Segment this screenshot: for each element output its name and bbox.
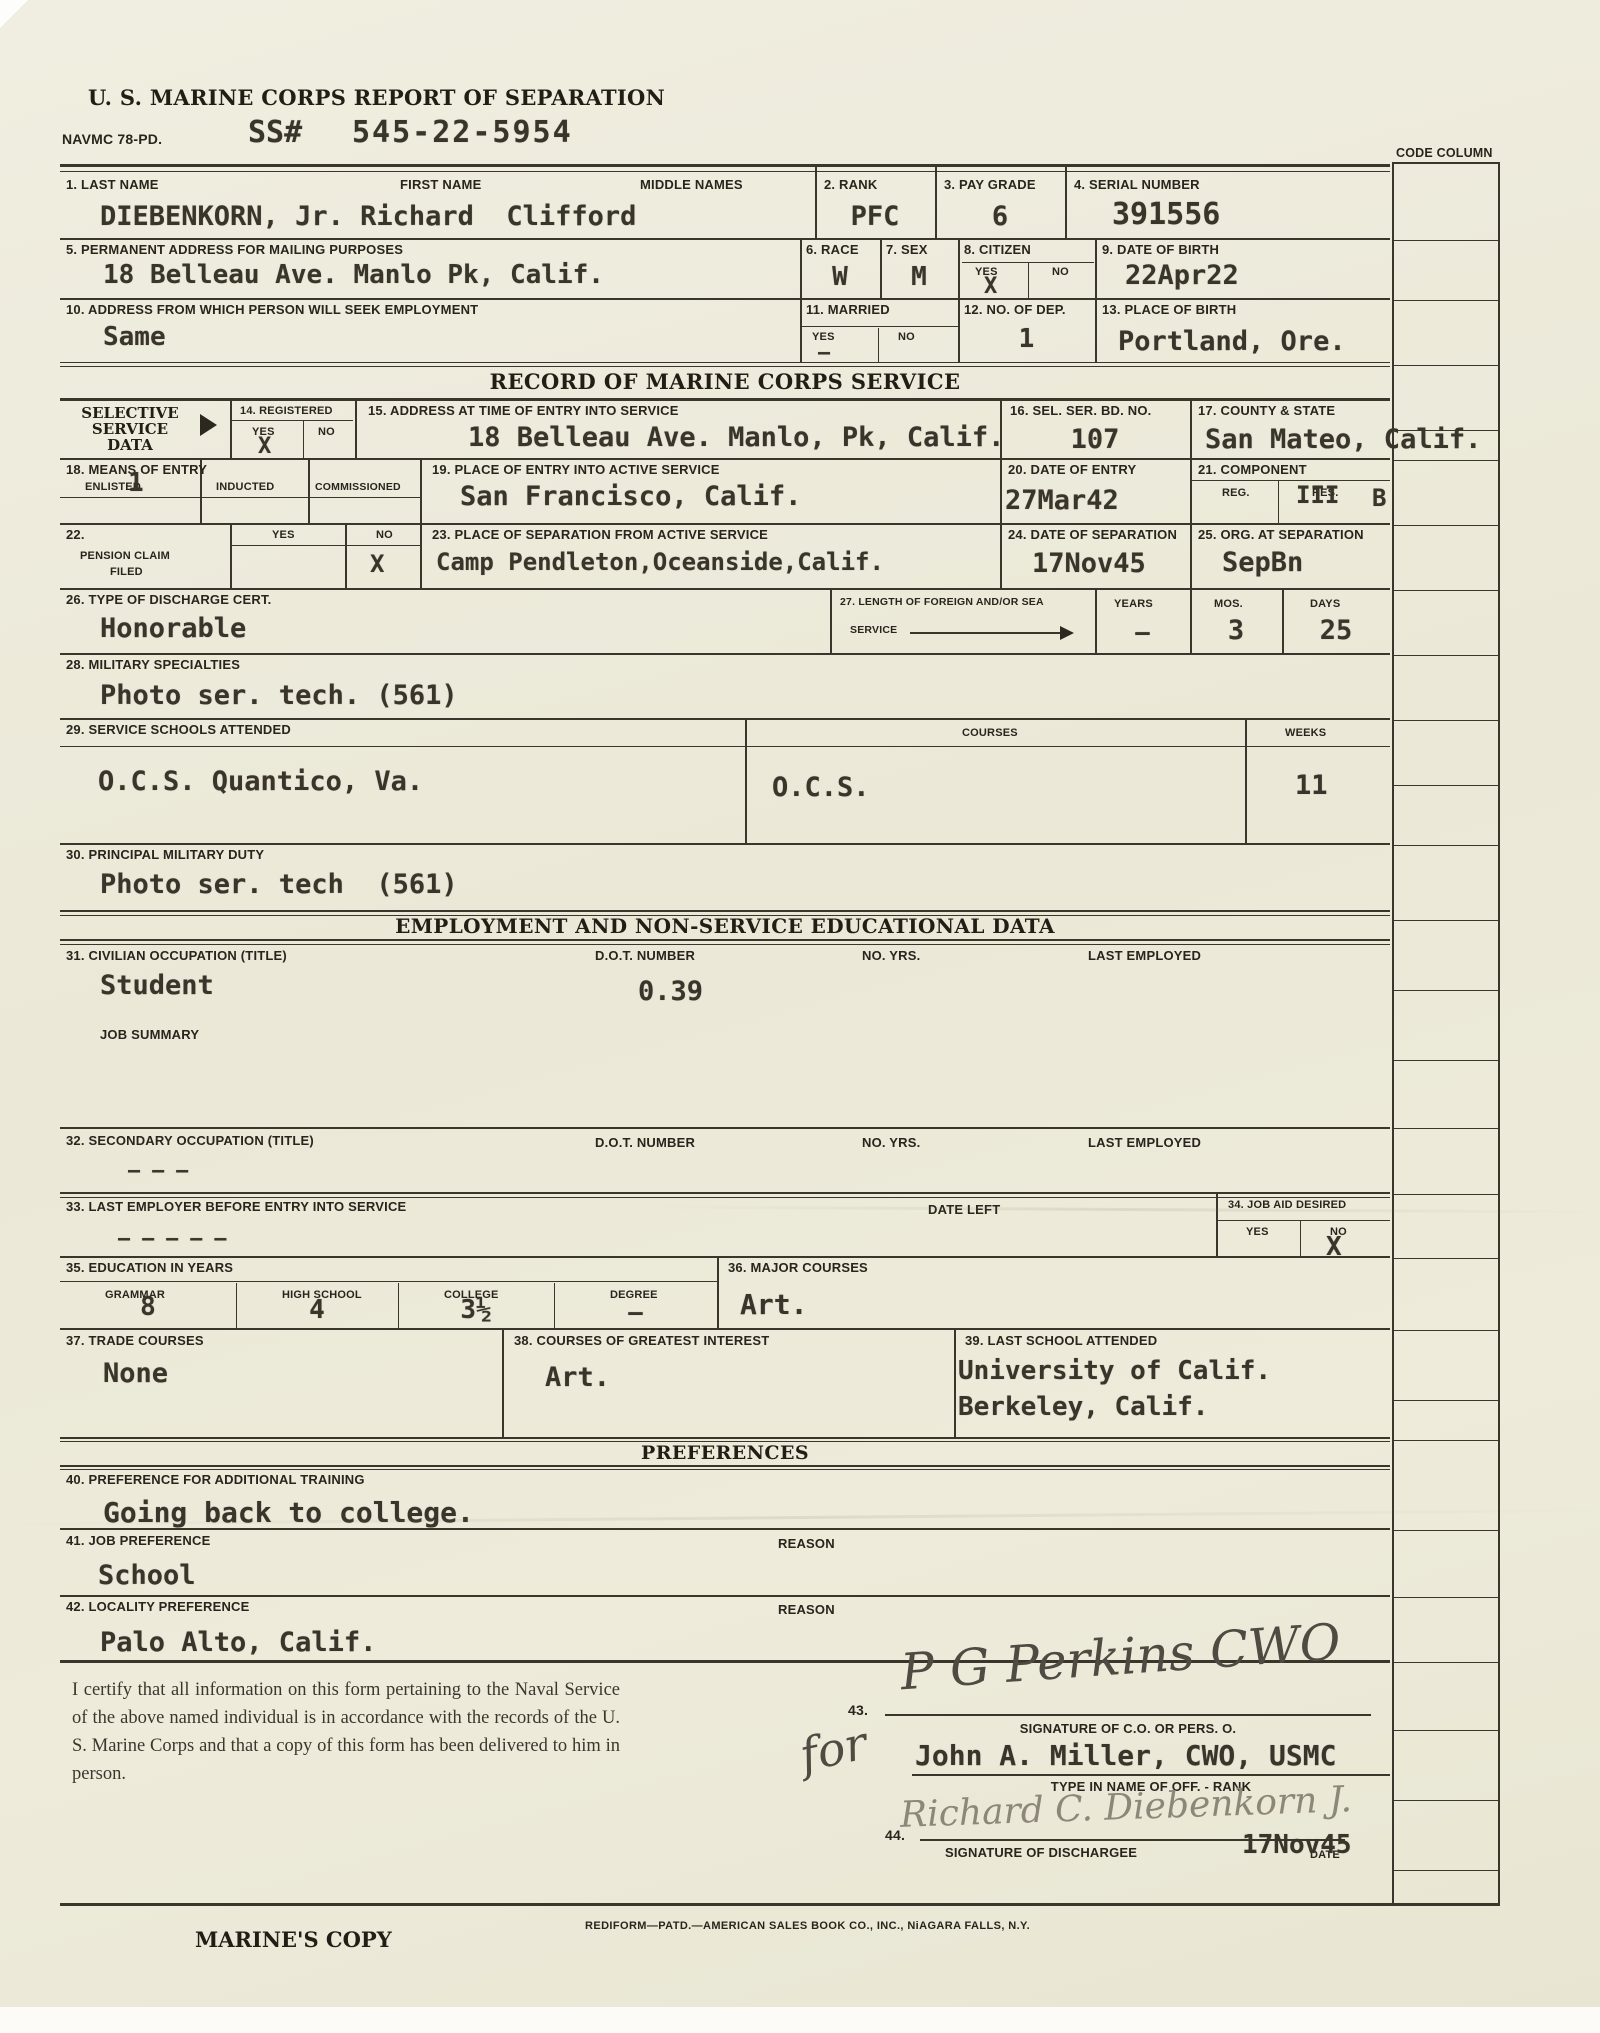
pension-yes-label: YES [272, 529, 295, 542]
job-aid-no-mark: X [1326, 1234, 1342, 1260]
divider [60, 1437, 1390, 1439]
selective-arrow-icon [200, 414, 217, 436]
divider [60, 1328, 1390, 1330]
entry-address-value: 18 Belleau Ave. Manlo, Pk, Calif. [468, 424, 1004, 451]
locality-preference-value: Palo Alto, Calif. [100, 1629, 376, 1656]
pay-grade-value: 6 [935, 203, 1065, 230]
divider [1245, 720, 1247, 843]
item-44-number: 44. [885, 1827, 905, 1843]
divider [60, 944, 1390, 945]
scan-edge [0, 2007, 1600, 2033]
trade-courses-label: 37. TRADE COURSES [66, 1334, 204, 1349]
divider [1392, 460, 1500, 461]
pension-no-mark: X [370, 552, 384, 576]
divider [355, 400, 357, 458]
registered-no-label: NO [318, 426, 335, 439]
married-no-label: NO [898, 331, 915, 344]
last-employed-label: LAST EMPLOYED [1088, 949, 1201, 964]
dot-number-value: 0.39 [638, 978, 703, 1005]
component-label: 21. COMPONENT [1198, 463, 1307, 478]
date-of-separation-label: 24. DATE OF SEPARATION [1008, 528, 1177, 543]
military-specialties-value: Photo ser. tech. (561) [100, 682, 458, 709]
military-specialties-label: 28. MILITARY SPECIALTIES [66, 658, 240, 673]
pension-no-label: NO [376, 529, 393, 542]
place-of-birth-value: Portland, Ore. [1118, 328, 1346, 355]
divider [60, 1192, 1390, 1194]
component-value: III [1296, 483, 1339, 507]
selective-line3: DATA [60, 437, 200, 454]
divider [60, 1281, 717, 1282]
ssn-label: SS# [248, 118, 302, 148]
divider [1392, 785, 1500, 786]
section-preferences: PREFERENCES [60, 1444, 1390, 1463]
divider [800, 240, 802, 362]
place-of-entry-label: 19. PLACE OF ENTRY INTO ACTIVE SERVICE [432, 463, 720, 478]
additional-training-label: 40. PREFERENCE FOR ADDITIONAL TRAINING [66, 1473, 365, 1488]
divider [60, 171, 1390, 172]
race-value: W [800, 264, 880, 290]
separation-date-value: 17Nov45 [1242, 1832, 1352, 1858]
discharge-type-label: 26. TYPE OF DISCHARGE CERT. [66, 593, 272, 608]
name-value: DIEBENKORN, Jr. Richard Clifford [100, 203, 636, 230]
divider [1392, 920, 1500, 921]
divider [60, 366, 1390, 367]
pension-filed-label: FILED [110, 566, 143, 579]
college-value: 3½ [398, 1297, 554, 1323]
form-number: NAVMC 78-PD. [62, 131, 162, 147]
locality-preference-label: 42. LOCALITY PREFERENCE [66, 1600, 250, 1615]
org-at-separation-label: 25. ORG. AT SEPARATION [1198, 528, 1364, 543]
divider [60, 1469, 1390, 1470]
sex-value: M [880, 264, 958, 290]
co-signature-handwriting: P G Perkins CWO [899, 1617, 1342, 1698]
divider [1392, 1870, 1500, 1871]
major-courses-label: 36. MAJOR COURSES [728, 1261, 868, 1276]
divider [232, 545, 420, 546]
rank-label: 2. RANK [824, 178, 877, 193]
registered-yes-mark: X [258, 436, 271, 458]
divider [1392, 990, 1500, 991]
dependents-label: 12. NO. OF DEP. [964, 303, 1066, 318]
days-label: DAYS [1310, 598, 1340, 611]
typed-officer-name: John A. Miller, CWO, USMC [915, 1742, 1336, 1770]
service-school-value: O.C.S. Quantico, Va. [98, 768, 423, 795]
divider [60, 910, 1390, 912]
principal-duty-label: 30. PRINCIPAL MILITARY DUTY [66, 848, 264, 863]
foreign-service-label: 27. LENGTH OF FOREIGN AND/OR SEA [840, 596, 1044, 608]
last-school-value-line2: Berkeley, Calif. [958, 1394, 1208, 1420]
code-column-right-rule [1498, 162, 1500, 1904]
divider [308, 460, 310, 523]
civilian-occupation-label: 31. CIVILIAN OCCUPATION (TITLE) [66, 949, 287, 964]
divider [60, 362, 1390, 363]
married-label: 11. MARRIED [806, 303, 890, 318]
divider [1216, 1192, 1218, 1258]
greatest-interest-label: 38. COURSES OF GREATEST INTEREST [514, 1334, 769, 1349]
divider [1392, 1800, 1500, 1801]
component-reg-label: REG. [1222, 487, 1250, 500]
employment-address-value: Same [103, 324, 166, 350]
divider [420, 460, 422, 588]
dischargee-caption: SIGNATURE OF DISCHARGEE [945, 1846, 1137, 1861]
divider [1392, 655, 1500, 656]
pension-number-label: 22. [66, 528, 85, 543]
date-left-label: DATE LEFT [928, 1203, 1000, 1218]
citizen-no-label: NO [1052, 266, 1069, 279]
divider [1392, 845, 1500, 846]
certification-text: I certify that all information on this f… [72, 1676, 620, 1788]
divider [1065, 166, 1067, 238]
grammar-value: 8 [60, 1294, 236, 1320]
commissioned-label: COMMISSIONED [315, 481, 401, 493]
paper-crease [640, 1205, 1600, 1213]
for-handwriting: for [796, 1720, 871, 1779]
foreign-service-arrow-icon [1060, 626, 1074, 640]
major-courses-value: Art. [740, 1291, 807, 1319]
divider [1392, 1128, 1500, 1129]
job-preference-value: School [98, 1562, 196, 1589]
foreign-service-arrow-line [910, 632, 1062, 634]
greatest-interest-value: Art. [545, 1364, 610, 1391]
copy-designation: MARINE'S COPY [195, 1928, 392, 1951]
county-state-value: San Mateo, Calif. [1205, 426, 1481, 453]
divider [1218, 1220, 1390, 1221]
scan-corner [0, 0, 28, 28]
divider [1392, 1530, 1500, 1531]
divider [60, 1903, 1500, 1906]
divider [1392, 1730, 1500, 1731]
section-employment: EMPLOYMENT AND NON-SERVICE EDUCATIONAL D… [60, 916, 1390, 936]
course-value: O.C.S. [772, 774, 870, 801]
high-school-value: 4 [236, 1297, 398, 1323]
co-signature-caption: SIGNATURE OF C.O. OR PERS. O. [885, 1722, 1371, 1737]
county-state-label: 17. COUNTY & STATE [1198, 404, 1335, 419]
code-column-label: CODE COLUMN [1396, 146, 1493, 160]
divider [60, 1595, 1390, 1597]
divider [1392, 1258, 1500, 1259]
job-summary-label: JOB SUMMARY [100, 1028, 199, 1043]
employment-address-label: 10. ADDRESS FROM WHICH PERSON WILL SEEK … [66, 303, 478, 318]
last-school-value-line1: University of Calif. [958, 1358, 1271, 1384]
divider [1392, 240, 1500, 241]
org-at-separation-value: SepBn [1222, 549, 1303, 576]
scanned-separation-form: U. S. MARINE CORPS REPORT OF SEPARATION … [0, 0, 1600, 2033]
enlisted-mark: 1 [128, 470, 144, 496]
divider [1095, 240, 1097, 362]
divider [1392, 1330, 1500, 1331]
divider [60, 843, 1390, 845]
divider [1392, 590, 1500, 591]
divider [745, 720, 747, 843]
divider [60, 1465, 1390, 1467]
form-title: U. S. MARINE CORPS REPORT OF SEPARATION [88, 86, 665, 109]
divider [1190, 400, 1192, 653]
divider [1028, 262, 1029, 298]
divider [60, 1127, 1390, 1129]
divider [1392, 525, 1500, 526]
foreign-service-label2: SERVICE [850, 624, 897, 636]
component-extra-value: B [1372, 486, 1386, 510]
divider [1392, 1597, 1500, 1598]
divider [60, 164, 1390, 167]
first-name-label: FIRST NAME [400, 178, 481, 193]
paper-background: U. S. MARINE CORPS REPORT OF SEPARATION … [0, 0, 1600, 2033]
rank-value: PFC [815, 203, 935, 230]
divider [1392, 1440, 1500, 1441]
divider [60, 653, 1390, 655]
trade-courses-value: None [103, 1360, 168, 1387]
secondary-occupation-label: 32. SECONDARY OCCUPATION (TITLE) [66, 1134, 314, 1149]
divider [60, 939, 1390, 941]
locality-reason-label: REASON [778, 1603, 835, 1618]
married-yes-mark: — [818, 342, 830, 362]
divider [1392, 365, 1500, 366]
serial-number-label: 4. SERIAL NUMBER [1074, 178, 1200, 193]
pension-claim-label: PENSION CLAIM [80, 550, 170, 563]
sex-label: 7. SEX [886, 243, 928, 258]
date-of-entry-value: 27Mar42 [1005, 487, 1119, 514]
divider [1192, 480, 1390, 481]
dot-number-label: D.O.T. NUMBER [595, 949, 695, 964]
place-of-separation-value: Camp Pendleton,Oceanside,Calif. [436, 550, 884, 574]
divider [954, 1328, 956, 1437]
divider [60, 1197, 1390, 1198]
last-school-label: 39. LAST SCHOOL ATTENDED [965, 1334, 1157, 1349]
selective-board-label: 16. SEL. SER. BD. NO. [1010, 404, 1151, 419]
divider [1392, 1662, 1500, 1663]
selective-board-value: 107 [1000, 426, 1190, 453]
job-preference-label: 41. JOB PREFERENCE [66, 1534, 210, 1549]
secondary-yrs-label: NO. YRS. [862, 1136, 920, 1151]
degree-value: — [554, 1300, 717, 1324]
dependents-value: 1 [958, 326, 1095, 352]
divider [345, 525, 347, 588]
inducted-label: INDUCTED [216, 481, 274, 494]
discharge-type-value: Honorable [100, 615, 246, 642]
principal-duty-value: Photo ser. tech (561) [100, 871, 458, 898]
divider [1278, 480, 1279, 523]
years-value: — [1095, 620, 1190, 644]
weeks-label: WEEKS [1285, 727, 1326, 740]
permanent-address-label: 5. PERMANENT ADDRESS FOR MAILING PURPOSE… [66, 243, 403, 258]
entry-address-label: 15. ADDRESS AT TIME OF ENTRY INTO SERVIC… [368, 404, 679, 419]
divider [60, 238, 1390, 240]
divider [230, 400, 232, 458]
courses-label: COURSES [962, 727, 1018, 740]
divider [830, 590, 832, 653]
divider [60, 746, 1390, 747]
date-of-birth-label: 9. DATE OF BIRTH [1102, 243, 1219, 258]
job-aid-yes-label: YES [1246, 1226, 1269, 1239]
signature-line-43 [885, 1714, 1371, 1716]
divider [802, 326, 958, 327]
divider [303, 420, 304, 458]
divider [502, 1328, 504, 1437]
citizen-yes-mark: X [984, 276, 997, 298]
secondary-last-label: LAST EMPLOYED [1088, 1136, 1201, 1151]
place-of-separation-label: 23. PLACE OF SEPARATION FROM ACTIVE SERV… [432, 528, 768, 543]
registered-label: 14. REGISTERED [240, 405, 333, 418]
days-value: 25 [1282, 617, 1390, 644]
weeks-value: 11 [1295, 772, 1328, 799]
divider [230, 525, 232, 588]
service-schools-label: 29. SERVICE SCHOOLS ATTENDED [66, 723, 291, 738]
pay-grade-label: 3. PAY GRADE [944, 178, 1036, 193]
months-label: MOS. [1214, 598, 1243, 611]
place-of-entry-value: San Francisco, Calif. [460, 483, 801, 510]
divider [1300, 1220, 1301, 1258]
divider [1392, 720, 1500, 721]
date-of-separation-value: 17Nov45 [1032, 550, 1146, 577]
last-employer-label: 33. LAST EMPLOYER BEFORE ENTRY INTO SERV… [66, 1200, 406, 1215]
divider [1392, 1060, 1500, 1061]
divider [1392, 162, 1500, 164]
divider [1392, 1194, 1500, 1195]
years-label: YEARS [1114, 598, 1153, 611]
ssn-value: 545-22-5954 [352, 118, 573, 148]
divider [717, 1256, 719, 1328]
no-yrs-label: NO. YRS. [862, 949, 920, 964]
last-name-label: 1. LAST NAME [66, 178, 159, 193]
job-reason-label: REASON [778, 1537, 835, 1552]
section-record-of-service: RECORD OF MARINE CORPS SERVICE [60, 371, 1390, 392]
date-of-birth-value: 22Apr22 [1125, 262, 1239, 289]
divider [60, 718, 1390, 720]
race-label: 6. RACE [806, 243, 859, 258]
printer-imprint: REDIFORM—PATD.—AMERICAN SALES BOOK CO., … [585, 1920, 1030, 1933]
place-of-birth-label: 13. PLACE OF BIRTH [1102, 303, 1236, 318]
permanent-address-value: 18 Belleau Ave. Manlo Pk, Calif. [103, 262, 604, 288]
typed-name-line [912, 1774, 1390, 1776]
date-of-entry-label: 20. DATE OF ENTRY [1008, 463, 1136, 478]
divider [60, 298, 1390, 300]
divider [878, 328, 879, 362]
middle-names-label: MIDDLE NAMES [640, 178, 743, 193]
civilian-occupation-value: Student [100, 972, 214, 999]
divider [1392, 300, 1500, 301]
secondary-occupation-value: – – – [128, 1160, 188, 1180]
serial-number-value: 391556 [1112, 200, 1220, 230]
divider [232, 420, 353, 421]
citizen-label: 8. CITIZEN [964, 243, 1031, 258]
divider [1392, 1400, 1500, 1401]
months-value: 3 [1190, 617, 1282, 644]
divider [60, 497, 420, 498]
secondary-dot-label: D.O.T. NUMBER [595, 1136, 695, 1151]
divider [60, 1256, 1390, 1258]
last-employer-value: – – – – – [118, 1228, 226, 1248]
education-label: 35. EDUCATION IN YEARS [66, 1261, 233, 1276]
